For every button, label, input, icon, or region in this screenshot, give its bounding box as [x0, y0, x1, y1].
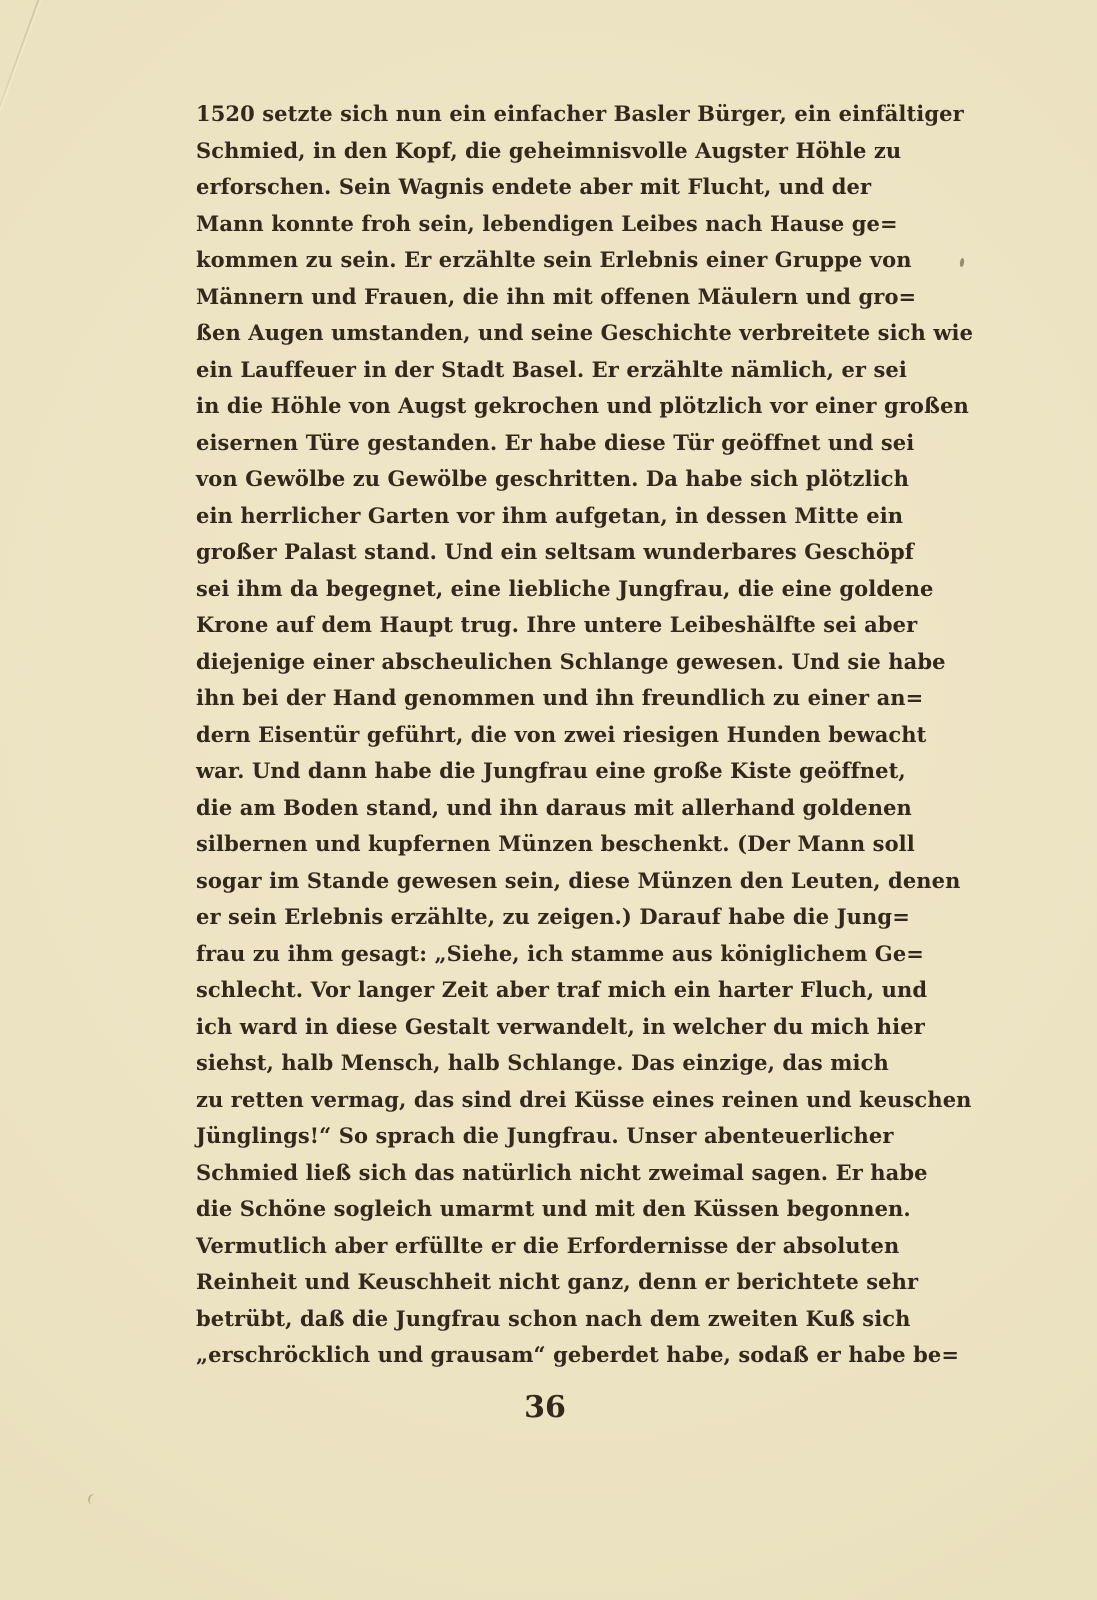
text-line: er sein Erlebnis erzählte, zu zeigen.) D… [196, 899, 966, 936]
text-line: Mann konnte froh sein, lebendigen Leibes… [196, 206, 966, 243]
text-line: Vermutlich aber erfüllte er die Erforder… [196, 1228, 966, 1265]
text-line: 1520 setzte sich nun ein einfacher Basle… [196, 96, 966, 133]
paper-crease [0, 0, 46, 123]
text-line: ein herrlicher Garten vor ihm aufgetan, … [196, 498, 966, 535]
text-line: erforschen. Sein Wagnis endete aber mit … [196, 169, 966, 206]
text-line: ein Lauffeuer in der Stadt Basel. Er erz… [196, 352, 966, 389]
page-number: 36 [0, 1390, 1090, 1425]
text-line: Schmied ließ sich das natürlich nicht zw… [196, 1155, 966, 1192]
text-line: ßen Augen umstanden, und seine Geschicht… [196, 315, 966, 352]
text-line: war. Und dann habe die Jungfrau eine gro… [196, 753, 966, 790]
text-line: Jünglings!“ So sprach die Jungfrau. Unse… [196, 1118, 966, 1155]
text-line: ihn bei der Hand genommen und ihn freund… [196, 680, 966, 717]
text-line: in die Höhle von Augst gekrochen und plö… [196, 388, 966, 425]
text-line: von Gewölbe zu Gewölbe geschritten. Da h… [196, 461, 966, 498]
text-line: Schmied, in den Kopf, die geheimnisvolle… [196, 133, 966, 170]
text-line: frau zu ihm gesagt: „Siehe, ich stamme a… [196, 936, 966, 973]
text-line: schlecht. Vor langer Zeit aber traf mich… [196, 972, 966, 1009]
text-line: kommen zu sein. Er erzählte sein Erlebni… [196, 242, 966, 279]
paper-blemish [87, 1493, 101, 1507]
text-line: siehst, halb Mensch, halb Schlange. Das … [196, 1045, 966, 1082]
text-line: betrübt, daß die Jungfrau schon nach dem… [196, 1301, 966, 1338]
text-line: großer Palast stand. Und ein seltsam wun… [196, 534, 966, 571]
text-line: die Schöne sogleich umarmt und mit den K… [196, 1191, 966, 1228]
text-line: die am Boden stand, und ihn daraus mit a… [196, 790, 966, 827]
book-page: 1520 setzte sich nun ein einfacher Basle… [0, 0, 1097, 1600]
text-line: dern Eisentür geführt, die von zwei ries… [196, 717, 966, 754]
text-line: diejenige einer abscheulichen Schlange g… [196, 644, 966, 681]
text-line: Reinheit und Keuschheit nicht ganz, denn… [196, 1264, 966, 1301]
text-line: sei ihm da begegnet, eine liebliche Jung… [196, 571, 966, 608]
text-line: eisernen Türe gestanden. Er habe diese T… [196, 425, 966, 462]
text-line: Männern und Frauen, die ihn mit offenen … [196, 279, 966, 316]
text-line: sogar im Stande gewesen sein, diese Münz… [196, 863, 966, 900]
text-line: zu retten vermag, das sind drei Küsse ei… [196, 1082, 966, 1119]
text-line: „erschröcklich und grausam“ geberdet hab… [196, 1337, 966, 1374]
text-line: silbernen und kupfernen Münzen beschenkt… [196, 826, 966, 863]
page-text-block: 1520 setzte sich nun ein einfacher Basle… [196, 96, 966, 1374]
text-line: Krone auf dem Haupt trug. Ihre untere Le… [196, 607, 966, 644]
text-line: ich ward in diese Gestalt verwandelt, in… [196, 1009, 966, 1046]
